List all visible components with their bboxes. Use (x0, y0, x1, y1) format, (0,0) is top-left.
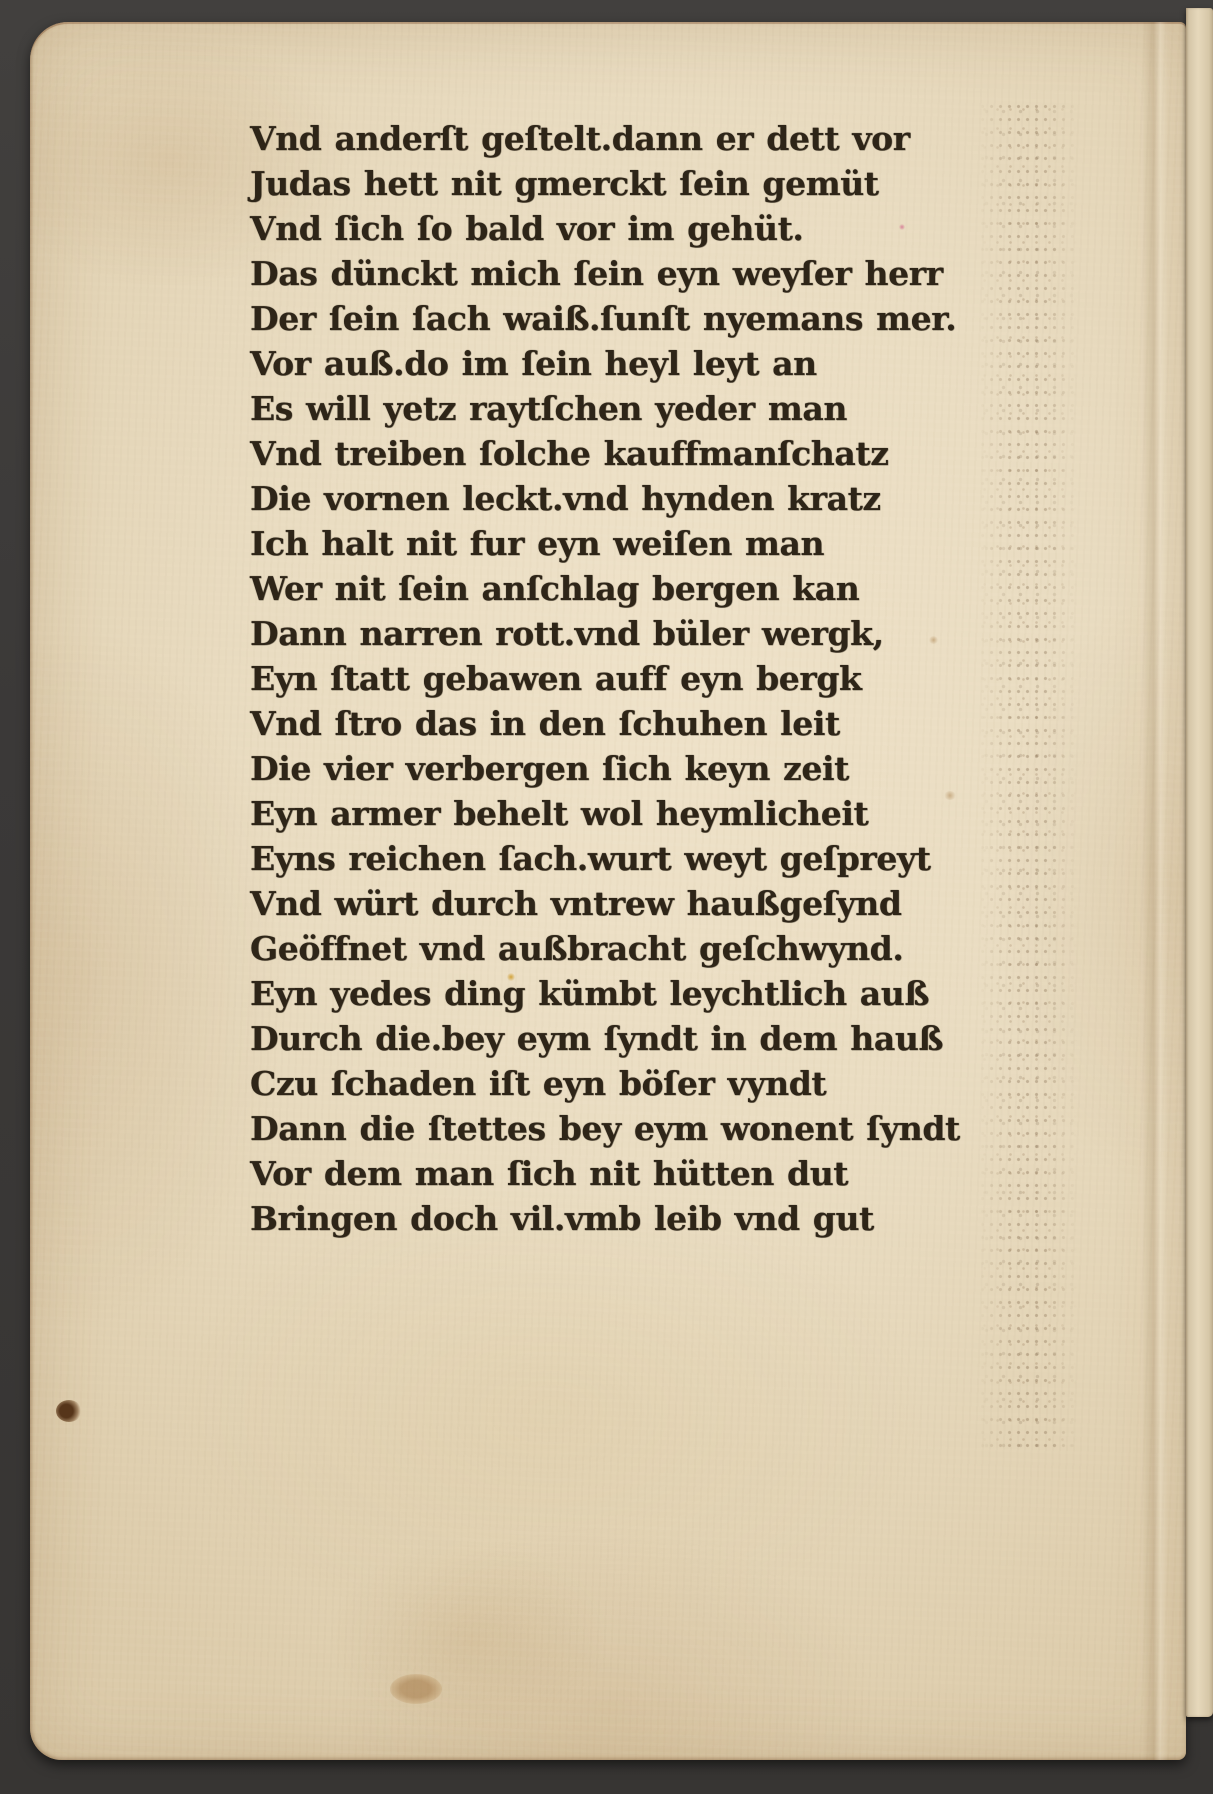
text-line: Durch die.bey eym ſyndt in dem hauß (250, 1016, 970, 1061)
text-line: Wer nit ſein anſchlag bergen kan (250, 566, 970, 611)
text-line: Vnd ſich ſo bald vor im gehüt. (250, 206, 970, 251)
text-line: Es will yetz raytſchen yeder man (250, 386, 970, 431)
text-line: Bringen doch vil.vmb leib vnd gut (250, 1196, 970, 1241)
text-line: Dann die ſtettes bey eym wonent ſyndt (250, 1106, 970, 1151)
page-crease (1142, 22, 1168, 1760)
text-line: Die vier verbergen ſich keyn zeit (250, 746, 970, 791)
ink-showthrough-band (978, 100, 1078, 1450)
text-line: Vnd würt durch vntrew haußgeſynd (250, 881, 970, 926)
stain-left-edge (56, 1400, 82, 1422)
text-line: Eyns reichen ſach.wurt weyt geſpreyt (250, 836, 970, 881)
text-line: Ich halt nit fur eyn weiſen man (250, 521, 970, 566)
underlying-page-fore-edge (1186, 8, 1213, 1717)
text-line: Vnd ſtro das in den ſchuhen leit (250, 701, 970, 746)
text-line: Der ſein ſach waiß.ſunſt nyemans mer. (250, 296, 970, 341)
book-page-scan: Vnd anderſt geſtelt.dann er dett vor Jud… (30, 22, 1186, 1760)
text-line: Vnd anderſt geſtelt.dann er dett vor (250, 116, 970, 161)
text-line: Das dünckt mich ſein eyn weyſer herr (250, 251, 970, 296)
text-line: Dann narren rott.vnd büler wergk, (250, 611, 970, 656)
text-line: Vor auß.do im ſein heyl leyt an (250, 341, 970, 386)
text-line: Eyn armer behelt wol heymlicheit (250, 791, 970, 836)
text-line: Eyn ſtatt gebawen auff eyn bergk (250, 656, 970, 701)
text-line: Judas hett nit gmerckt ſein gemüt (250, 161, 970, 206)
text-line: Die vornen leckt.vnd hynden kratz (250, 476, 970, 521)
text-line: Vnd treiben ſolche kauffmanſchatz (250, 431, 970, 476)
stain-bottom (390, 1674, 442, 1704)
text-line: Czu ſchaden iſt eyn böſer vyndt (250, 1061, 970, 1106)
blackletter-poem-text: Vnd anderſt geſtelt.dann er dett vor Jud… (250, 116, 970, 1241)
text-line: Geöffnet vnd außbracht geſchwynd. (250, 926, 970, 971)
text-line: Eyn yedes ding kümbt leychtlich auß (250, 971, 970, 1016)
text-line: Vor dem man ſich nit hütten dut (250, 1151, 970, 1196)
